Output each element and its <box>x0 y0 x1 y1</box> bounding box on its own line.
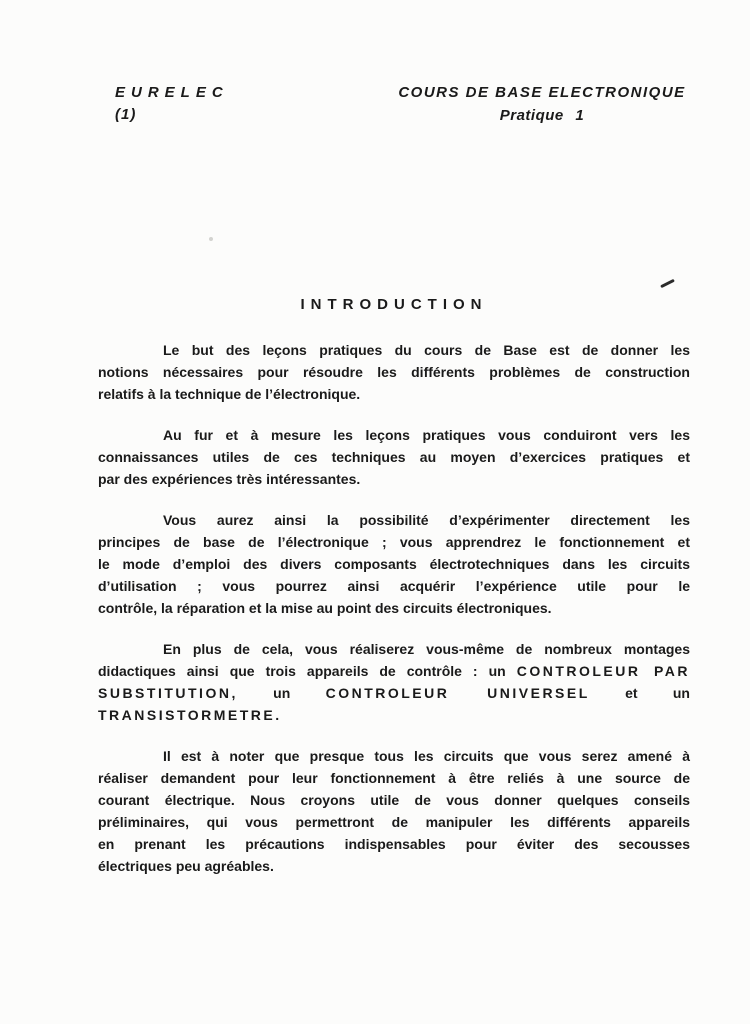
emphasized-caps: CONTROLEUR PAR <box>517 663 690 679</box>
text-line: d’utilisation ; vous pourrez ainsi acqué… <box>98 575 690 597</box>
header-left: EURELEC (1) <box>115 83 229 125</box>
text-line: didactiques ainsi que trois appareils de… <box>98 660 690 682</box>
body-text: Le but des leçons pratiques du cours de … <box>98 339 690 896</box>
document-page: EURELEC (1) COURS DE BASE ELECTRONIQUE P… <box>0 0 750 1024</box>
paragraph: En plus de cela, vous réaliserez vous-mê… <box>98 638 690 726</box>
text-line: principes de base de l’électronique ; vo… <box>98 531 690 553</box>
paragraph: Vous aurez ainsi la possibilité d’expéri… <box>98 509 690 619</box>
text-line: par des expériences très intéressantes. <box>98 468 690 490</box>
text-line: réaliser demandent pour leur fonctionnem… <box>98 767 690 789</box>
text-line: notions nécessaires pour résoudre les di… <box>98 361 690 383</box>
header-right: COURS DE BASE ELECTRONIQUE Pratique 1 <box>396 83 688 126</box>
text-line: préliminaires, qui vous permettront de m… <box>98 811 690 833</box>
paragraph: Au fur et à mesure les leçons pratiques … <box>98 424 690 490</box>
text-line: SUBSTITUTION, un CONTROLEUR UNIVERSEL et… <box>98 682 690 704</box>
text-line: Au fur et à mesure les leçons pratiques … <box>98 424 690 446</box>
section-title: INTRODUCTION <box>98 294 690 316</box>
text-line: en prenant les précautions indispensable… <box>98 833 690 855</box>
text-line: courant électrique. Nous croyons utile d… <box>98 789 690 811</box>
emphasized-caps: CONTROLEUR UNIVERSEL <box>326 685 590 701</box>
text-line: relatifs à la technique de l’électroniqu… <box>98 383 690 405</box>
paragraph: Le but des leçons pratiques du cours de … <box>98 339 690 405</box>
text-line: En plus de cela, vous réaliserez vous-mê… <box>98 638 690 660</box>
emphasized-caps: SUBSTITUTION, <box>98 685 238 701</box>
text-line: Vous aurez ainsi la possibilité d’expéri… <box>98 509 690 531</box>
text-line: Il est à noter que presque tous les circ… <box>98 745 690 767</box>
pen-mark <box>660 279 675 288</box>
text-line: TRANSISTORMETRE. <box>98 704 690 726</box>
text-line: le mode d’emploi des divers composants é… <box>98 553 690 575</box>
text-line: connaissances utiles de ces techniques a… <box>98 446 690 468</box>
course-title: COURS DE BASE ELECTRONIQUE <box>396 83 688 103</box>
paragraph: Il est à noter que presque tous les circ… <box>98 745 690 877</box>
text-line: électriques peu agréables. <box>98 855 690 877</box>
volume-number: (1) <box>115 105 229 125</box>
publisher-name: EURELEC <box>115 83 229 103</box>
emphasized-caps: TRANSISTORMETRE. <box>98 707 282 723</box>
course-subtitle: Pratique 1 <box>396 106 688 126</box>
text-line: contrôle, la réparation et la mise au po… <box>98 597 690 619</box>
text-line: Le but des leçons pratiques du cours de … <box>98 339 690 361</box>
scan-speckle <box>209 237 213 241</box>
